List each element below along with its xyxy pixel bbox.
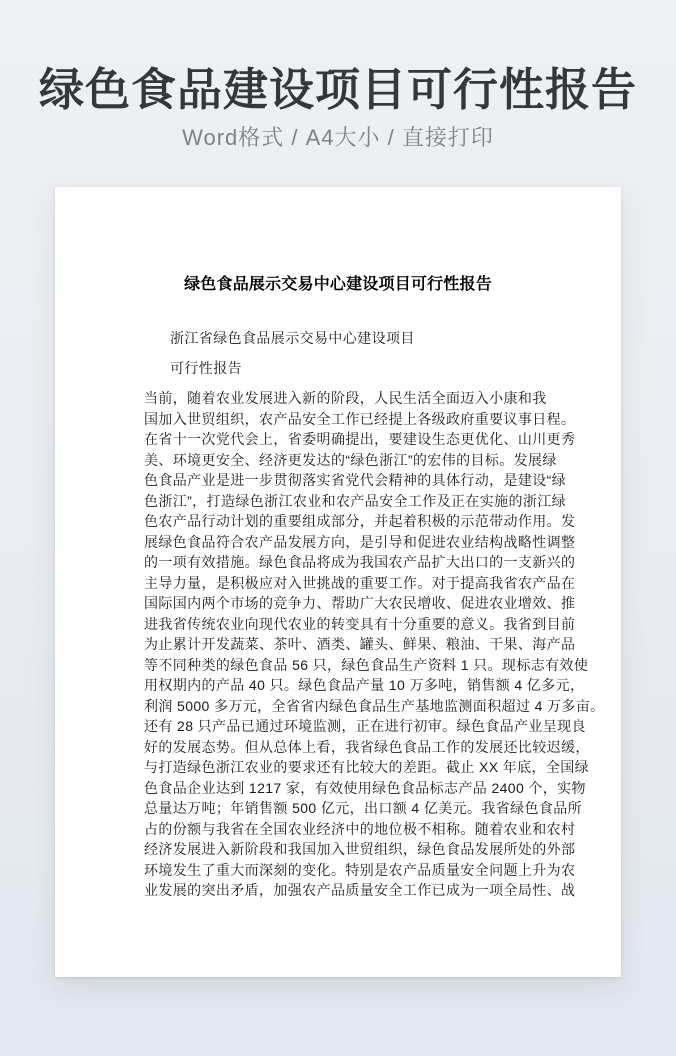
body-text-line: 色农产品行动计划的重要组成部分，并起着积极的示范带动作用。发	[144, 511, 584, 532]
body-text-line: 为止累计开发蔬菜、茶叶、酒类、罐头、鲜果、粮油、干果、海产品	[144, 634, 584, 655]
body-text-line: 国际国内两个市场的竞争力、帮助广大农民增收、促进农业增效、推	[144, 593, 584, 614]
body-text-line: 的一项有效措施。绿色食品将成为我国农产品扩大出口的一支新兴的	[144, 552, 584, 573]
intro-line: 浙江省绿色食品展示交易中心建设项目	[144, 323, 584, 353]
template-preview: 绿色食品建设项目可行性报告 Word格式 / A4大小 / 直接打印 绿色食品展…	[0, 0, 676, 1056]
document-page: 绿色食品展示交易中心建设项目可行性报告 浙江省绿色食品展示交易中心建设项目 可行…	[55, 187, 621, 977]
body-text-line: 好的发展态势。但从总体上看，我省绿色食品工作的发展还比较迟缓，	[144, 737, 584, 758]
intro-line: 可行性报告	[144, 353, 584, 383]
body-text-line: 国加入世贸组织，农产品安全工作已经提上各级政府重要议事日程。	[144, 409, 584, 430]
body-text-line: 色食品产业是进一步贯彻落实省党代会精神的具体行动，是建设“绿	[144, 470, 584, 491]
document-body: 当前，随着农业发展进入新的阶段，人民生活全面迈入小康和我 国加入世贸组织，农产品…	[144, 388, 584, 901]
body-text-line: 经济发展进入新阶段和我国加入世贸组织，绿色食品发展所处的外部	[144, 839, 584, 860]
body-text-line: 用权期内的产品 40 只。绿色食品产量 10 万多吨，销售额 4 亿多元，	[144, 675, 584, 696]
body-text-line: 环境发生了重大而深刻的变化。特别是农产品质量安全问题上升为农	[144, 860, 584, 881]
body-text-line: 当前，随着农业发展进入新的阶段，人民生活全面迈入小康和我	[144, 388, 584, 409]
body-text-line: 业发展的突出矛盾，加强农产品质量安全工作已成为一项全局性、战	[144, 880, 584, 901]
document-intro: 浙江省绿色食品展示交易中心建设项目 可行性报告	[144, 323, 584, 383]
body-text-line: 在省十一次党代会上，省委明确提出，要建设生态更优化、山川更秀	[144, 429, 584, 450]
body-text-line: 利润 5000 多万元，全省省内绿色食品生产基地监测面积超过 4 万多亩。	[144, 696, 584, 717]
body-text-line: 色食品企业达到 1217 家，有效使用绿色食品标志产品 2400 个，实物	[144, 778, 584, 799]
body-text-line: 占的份额与我省在全国农业经济中的地位极不相称。随着农业和农村	[144, 819, 584, 840]
hero-header: 绿色食品建设项目可行性报告 Word格式 / A4大小 / 直接打印	[0, 0, 676, 151]
body-text-line: 美、环境更安全、经济更发达的“绿色浙江”的宏伟的目标。发展绿	[144, 450, 584, 471]
format-subtitle: Word格式 / A4大小 / 直接打印	[0, 125, 676, 151]
body-text-line: 色浙江”，打造绿色浙江农业和农产品安全工作及正在实施的浙江绿	[144, 491, 584, 512]
body-text-line: 还有 28 只产品已通过环境监测，正在进行初审。绿色食品产业呈现良	[144, 716, 584, 737]
body-text-line: 与打造绿色浙江农业的要求还有比较大的差距。截止 XX 年底，全国绿	[144, 757, 584, 778]
body-text-line: 总量达万吨；年销售额 500 亿元，出口额 4 亿美元。我省绿色食品所	[144, 798, 584, 819]
document-title: 绿色食品展示交易中心建设项目可行性报告	[55, 275, 621, 295]
body-text-line: 等不同种类的绿色食品 56 只，绿色食品生产资料 1 只。现标志有效使	[144, 655, 584, 676]
page-title: 绿色食品建设项目可行性报告	[0, 62, 676, 118]
body-text-line: 主导力量，是积极应对入世挑战的重要工作。对于提高我省农产品在	[144, 573, 584, 594]
body-text-line: 展绿色食品符合农产品发展方向，是引导和促进农业结构战略性调整	[144, 532, 584, 553]
body-text-line: 进我省传统农业向现代农业的转变具有十分重要的意义。我省到目前	[144, 614, 584, 635]
